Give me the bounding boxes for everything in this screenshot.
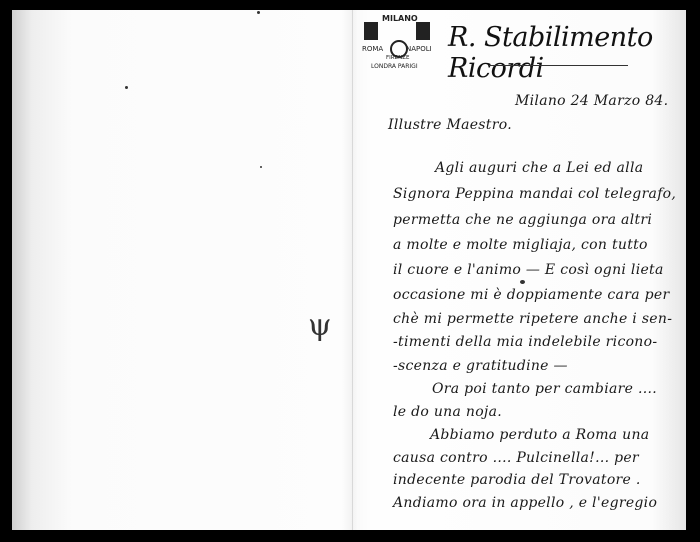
letterhead-crest: MILANO ROMA NAPOLI FIRENZE LONDRA PARIGI xyxy=(358,12,438,74)
letter-line: Agli auguri che a Lei ed alla xyxy=(435,160,643,176)
title-underline xyxy=(488,65,628,66)
letter-line: Andiamo ora in appello , e l'egregio xyxy=(393,495,657,511)
ink-speck xyxy=(260,166,262,168)
letter-line: -timenti della mia indelebile ricono- xyxy=(393,334,657,350)
letter-line: Ora poi tanto per cambiare .... xyxy=(432,381,657,397)
letter-line: causa contro .... Pulcinella!... per xyxy=(393,450,639,466)
company-title: R. Stabilimento Ricordi xyxy=(448,22,700,84)
letter-line: indecente parodia del Trovatore . xyxy=(393,472,641,488)
ink-speck xyxy=(257,11,260,14)
crown-shield-right-icon xyxy=(416,22,430,40)
crown-shield-left-icon xyxy=(364,22,378,40)
letter-line: il cuore e l'animo — E così ogni lieta xyxy=(393,262,664,278)
crest-city-left: ROMA xyxy=(362,45,383,53)
ink-speck xyxy=(125,86,128,89)
fold-line xyxy=(352,10,353,530)
letter-line: Signora Peppina mandai col telegrafo, xyxy=(393,186,676,202)
pencil-mark: ψ xyxy=(308,308,332,343)
crest-city-right: NAPOLI xyxy=(406,45,432,53)
dateline: Milano 24 Marzo 84. xyxy=(515,93,668,109)
crest-city-top: MILANO xyxy=(382,14,418,23)
letter-line: permetta che ne aggiunga ora altri xyxy=(393,212,652,228)
letter-line: occasione mi è doppiamente cara per xyxy=(393,287,669,303)
crest-city-bottom: LONDRA PARIGI xyxy=(371,63,418,70)
letter-line: -scenza e gratitudine — xyxy=(393,358,568,374)
salutation: Illustre Maestro. xyxy=(388,117,512,133)
letter-line: a molte e molte migliaja, con tutto xyxy=(393,237,648,253)
crest-city-middle: FIRENZE xyxy=(386,55,409,61)
letter-line: chè mi permette ripetere anche i sen- xyxy=(393,311,672,327)
ink-speck xyxy=(520,280,525,284)
letter-line: le do una noja. xyxy=(393,404,502,420)
letter-line: Abbiamo perduto a Roma una xyxy=(430,427,649,443)
